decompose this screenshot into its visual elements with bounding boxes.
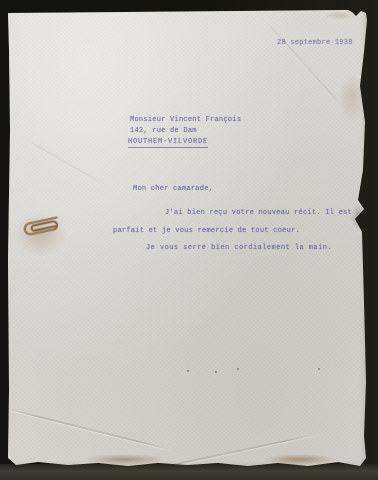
recipient-city-label: HOUTHEM-VILVORDE: [128, 138, 208, 148]
body-line: parfait et je vous remercie de tout coeu…: [113, 227, 300, 235]
ink-speck: [237, 368, 239, 370]
ink-speck: [187, 370, 189, 372]
fold-crease: [22, 136, 105, 185]
ink-speck: [318, 368, 320, 370]
letter-date: 28 septembre 1938: [277, 39, 353, 47]
body-line: J'ai bien reçu votre nouveau récit. Il e…: [165, 209, 352, 217]
fold-crease: [265, 21, 347, 112]
recipient-street: 142, rue de Dam: [130, 127, 197, 135]
ink-speck: [215, 371, 217, 373]
fold-crease: [4, 407, 171, 451]
salutation-line: Mon cher camarade,: [133, 185, 213, 193]
letter-sheet: 28 septembre 1938 Monsieur Vincent Franç…: [8, 10, 368, 470]
edge-tear-shadow: [351, 205, 366, 229]
scan-background: 28 septembre 1938 Monsieur Vincent Franç…: [0, 0, 378, 480]
body-line: Je vous serre bien cordialement la main.: [146, 244, 332, 252]
recipient-name: Monsieur Vincent François: [130, 116, 241, 124]
scanner-bed-strip: [0, 464, 378, 480]
recipient-city: HOUTHEM-VILVORDE: [128, 138, 208, 148]
top-edge-stain: [324, 11, 356, 20]
foxing-stain: [338, 74, 366, 122]
